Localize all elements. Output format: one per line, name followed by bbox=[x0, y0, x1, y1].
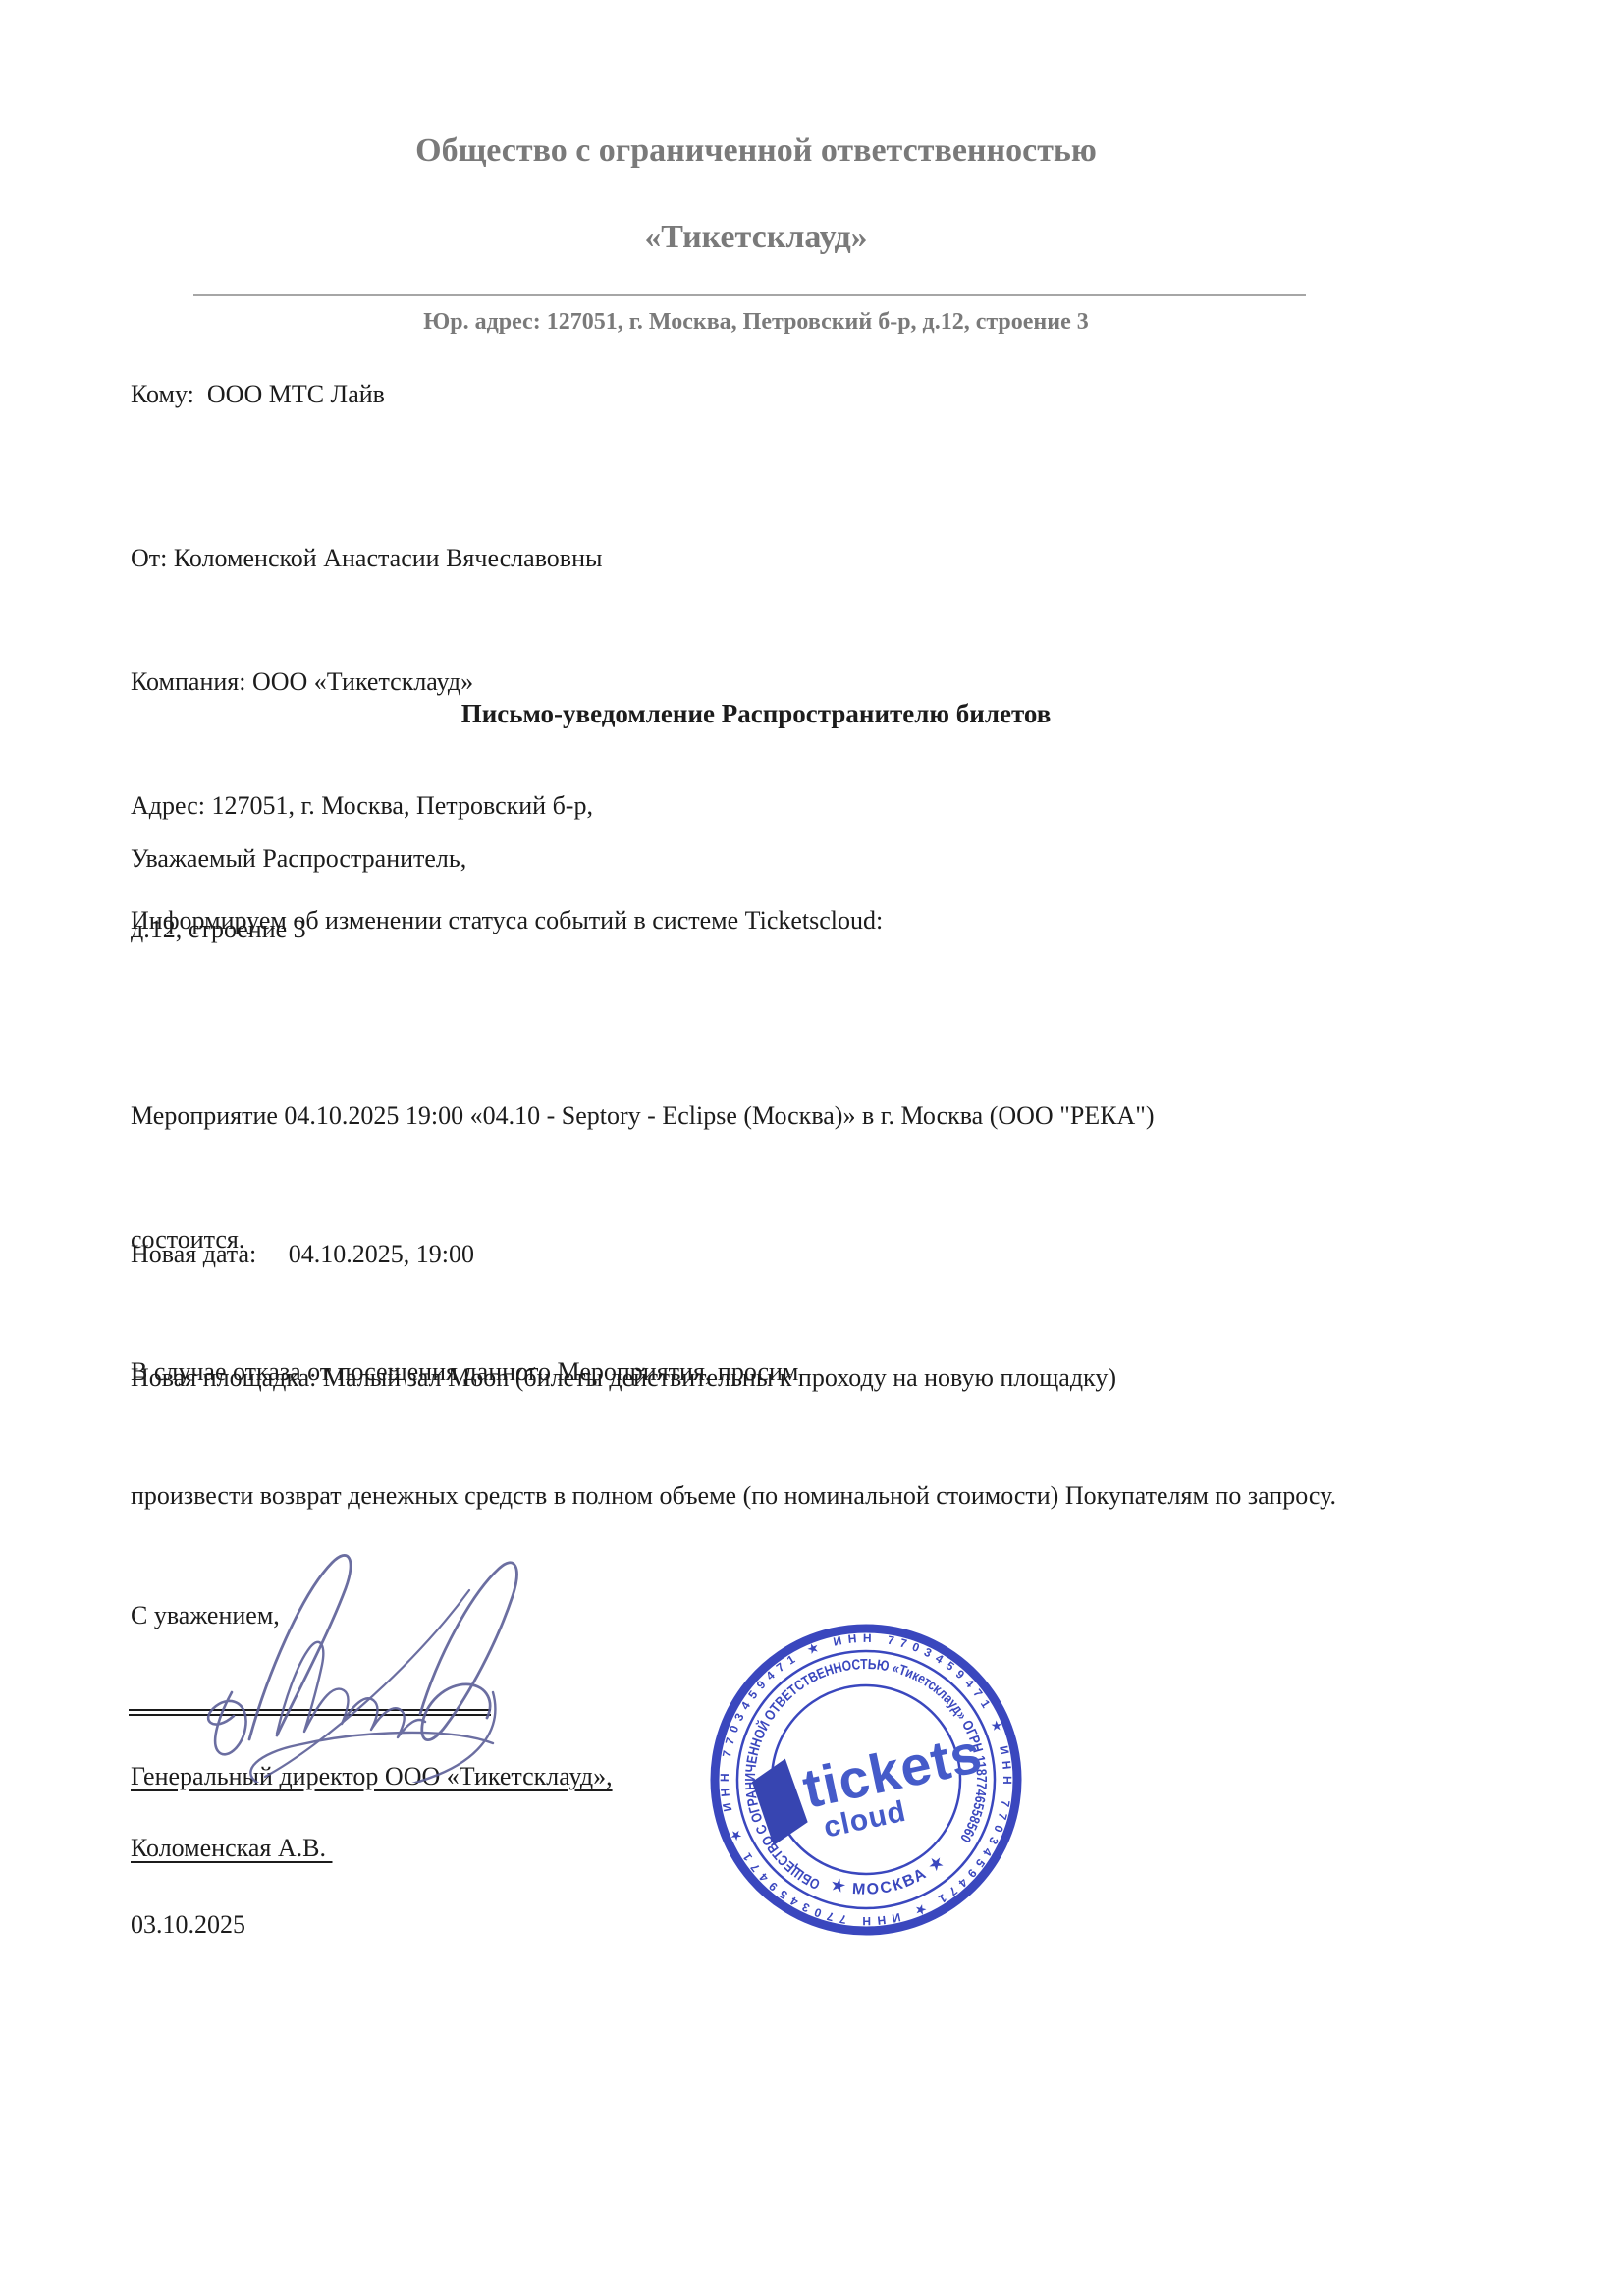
intro-line: Информируем об изменении статуса событий… bbox=[131, 900, 883, 941]
signer-name: Коломенская А.В. bbox=[131, 1828, 333, 1869]
addressee-from-block: От: Коломенской Анастасии Вячеславовны К… bbox=[131, 455, 602, 1033]
letter-page: Общество с ограниченной ответственностью… bbox=[0, 0, 1623, 2296]
letterhead-legal-address: Юр. адрес: 127051, г. Москва, Петровский… bbox=[131, 301, 1381, 343]
stamp-logo: tickets cloud bbox=[749, 1719, 994, 1857]
company-stamp: ИНН 7703459471 ★ ИНН 7703459471 ★ ИНН 77… bbox=[699, 1613, 1033, 1947]
addressee-from: От: Коломенской Анастасии Вячеславовны bbox=[131, 538, 602, 579]
addressee-to: Кому: ООО МТС Лайв bbox=[131, 374, 385, 415]
handwritten-signature bbox=[120, 1537, 532, 1783]
event-line1: Мероприятие 04.10.2025 19:00 «04.10 - Se… bbox=[131, 1095, 1155, 1137]
refund-line1: В случае отказа от посещения данного Мер… bbox=[131, 1352, 1336, 1393]
letterhead-org-name: «Тикетсклауд» bbox=[131, 217, 1381, 258]
letter-title: Письмо-уведомление Распространителю биле… bbox=[131, 693, 1381, 734]
letterhead-org-type: Общество с ограниченной ответственностью bbox=[131, 131, 1381, 172]
letterhead-divider bbox=[193, 294, 1306, 296]
letter-date: 03.10.2025 bbox=[131, 1904, 245, 1946]
addressee-address-line1: Адрес: 127051, г. Москва, Петровский б-р… bbox=[131, 785, 602, 827]
salutation: Уважаемый Распространитель, bbox=[131, 838, 466, 880]
stamp-city-text: ★ МОСКВА ★ bbox=[826, 1850, 952, 1909]
refund-line2: произвести возврат денежных средств в по… bbox=[131, 1475, 1336, 1517]
